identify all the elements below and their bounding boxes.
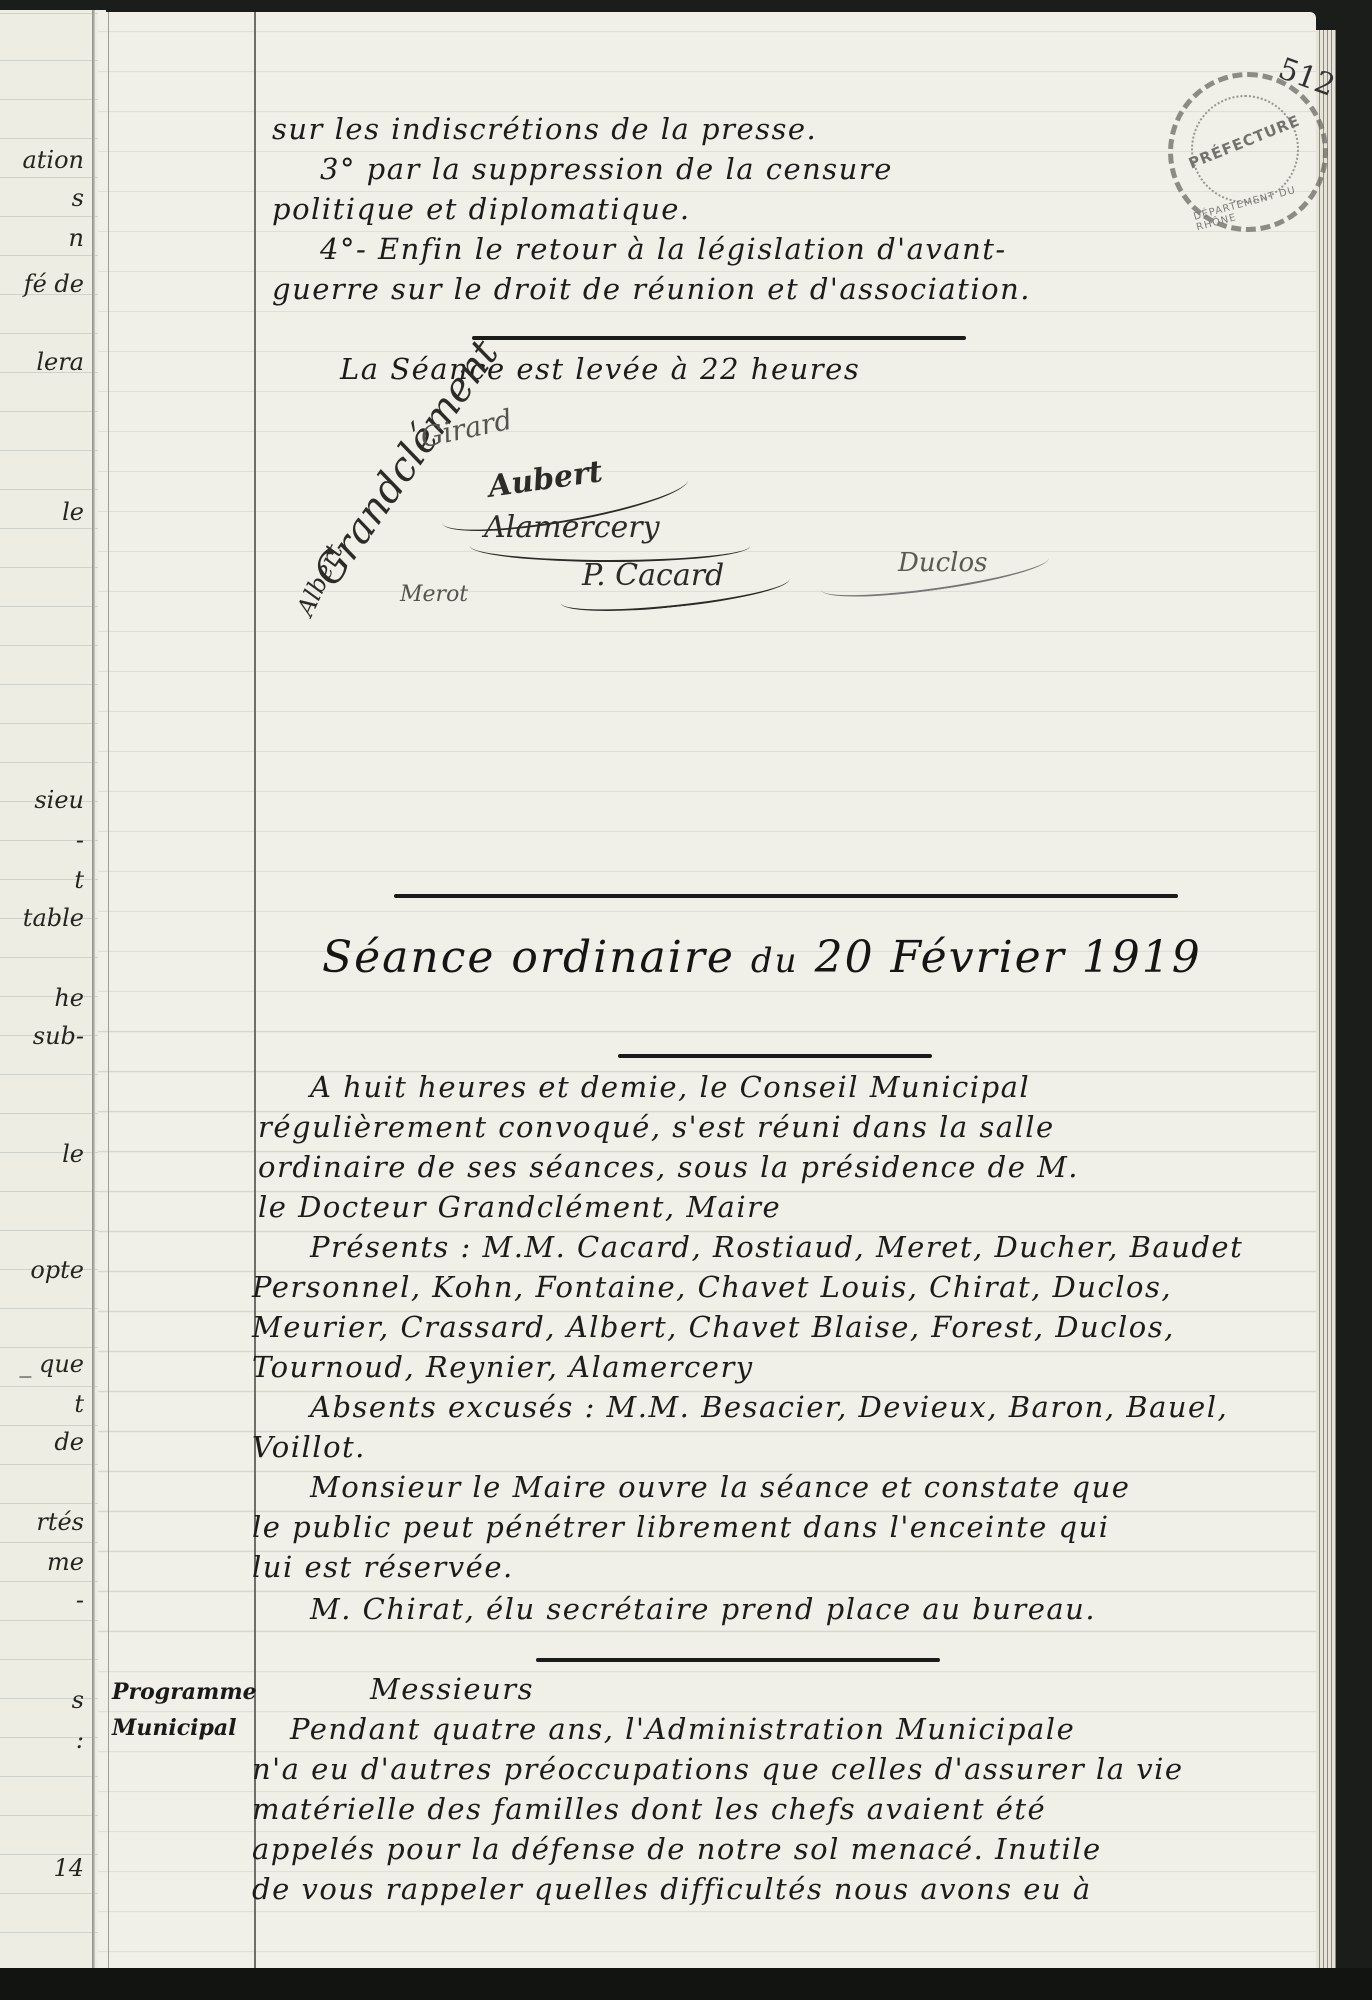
page-edges: [1316, 30, 1336, 1970]
prefecture-stamp: PRÉFECTURE DÉPARTEMENT DU RHÔNE: [1168, 72, 1328, 232]
left-page-fragment: he: [54, 984, 84, 1012]
salutation: Messieurs: [370, 1672, 534, 1706]
left-page: ationsnfé deleralesieu-ttablehesub-leopt…: [0, 10, 106, 1968]
left-page-fragment: opte: [30, 1256, 84, 1284]
left-page-fragment: :: [76, 1726, 84, 1754]
opening-line: le Docteur Grandclément, Maire: [258, 1190, 781, 1224]
session-title: Séance ordinaire du 20 Février 1919: [322, 932, 1202, 983]
session-title-du: du: [751, 941, 799, 981]
left-margin-rule: [108, 12, 109, 1972]
left-page-fragment: 14: [53, 1854, 84, 1882]
programme-line: de vous rappeler quelles difficultés nou…: [252, 1872, 1092, 1906]
left-page-fragment: lera: [36, 348, 84, 376]
statement-line: Monsieur le Maire ouvre la séance et con…: [310, 1470, 1130, 1504]
programme-line: appelés pour la défense de notre sol men…: [252, 1832, 1102, 1866]
absent-line: Voillot.: [252, 1430, 366, 1464]
left-page-fragment: le: [62, 498, 84, 526]
left-page-fragment: _ que: [19, 1350, 84, 1378]
minutes-line: sur les indiscrétions de la presse.: [272, 112, 817, 146]
left-page-fragment: sub-: [33, 1022, 84, 1050]
session-title-date: 20 Février 1919: [815, 932, 1202, 983]
left-page-fragment: s: [72, 184, 84, 212]
opening-line: ordinaire de ses séances, sous la présid…: [258, 1150, 1079, 1184]
session-title-main: Séance ordinaire: [322, 932, 735, 983]
left-page-fragment: t: [74, 1390, 84, 1418]
programme-line: n'a eu d'autres préoccupations que celle…: [252, 1752, 1184, 1786]
left-page-fragment: de: [54, 1428, 84, 1456]
left-page-fragment: table: [23, 904, 84, 932]
present-line: Tournoud, Reynier, Alamercery: [252, 1350, 754, 1384]
session-divider: [394, 894, 1178, 898]
present-line: Présents : M.M. Cacard, Rostiaud, Meret,…: [310, 1230, 1243, 1264]
left-page-fragment: -: [76, 826, 84, 854]
minutes-line: guerre sur le droit de réunion et d'asso…: [272, 272, 1031, 306]
left-page-fragment: rtés: [36, 1508, 84, 1536]
closing-line: La Séance est levée à 22 heures: [340, 352, 860, 386]
minutes-line: 4°- Enfin le retour à la législation d'a…: [320, 232, 1007, 266]
book-gutter: [92, 10, 95, 1968]
minutes-line: 3° par la suppression de la censure: [320, 152, 893, 186]
left-page-fragment: -: [76, 1586, 84, 1614]
programme-divider: [536, 1658, 940, 1662]
book-bottom-edge: [0, 1968, 1372, 2000]
present-line: Meurier, Crassard, Albert, Chavet Blaise…: [252, 1310, 1175, 1344]
absent-line: Absents excusés : M.M. Besacier, Devieux…: [310, 1390, 1228, 1424]
left-page-fragment: sieu: [34, 786, 84, 814]
statement-line: lui est réservée.: [252, 1550, 514, 1584]
margin-note-line: Municipal: [112, 1710, 257, 1746]
left-page-fragment: ation: [22, 146, 84, 174]
title-underline: [618, 1054, 932, 1058]
programme-line: matérielle des familles dont les chefs a…: [252, 1792, 1046, 1826]
left-page-fragment: t: [74, 866, 84, 894]
minutes-line: politique et diplomatique.: [272, 192, 691, 226]
left-page-fragment: le: [62, 1140, 84, 1168]
right-page: [98, 12, 1316, 1972]
statement-line: le public peut pénétrer librement dans l…: [252, 1510, 1110, 1544]
left-page-fragment: n: [69, 224, 84, 252]
left-page-fragment: me: [47, 1548, 84, 1576]
margin-note-programme: Programme Municipal: [112, 1674, 257, 1746]
opening-line: A huit heures et demie, le Conseil Munic…: [310, 1070, 1030, 1104]
opening-line: régulièrement convoqué, s'est réuni dans…: [258, 1110, 1055, 1144]
secretary-line: M. Chirat, élu secrétaire prend place au…: [310, 1592, 1096, 1626]
present-line: Personnel, Kohn, Fontaine, Chavet Louis,…: [252, 1270, 1172, 1304]
left-page-fragment: fé de: [24, 270, 84, 298]
margin-note-line: Programme: [112, 1674, 257, 1710]
signature: Merot: [400, 582, 468, 607]
section-divider: [472, 336, 966, 340]
programme-line: Pendant quatre ans, l'Administration Mun…: [290, 1712, 1075, 1746]
left-page-fragment: s: [72, 1686, 84, 1714]
